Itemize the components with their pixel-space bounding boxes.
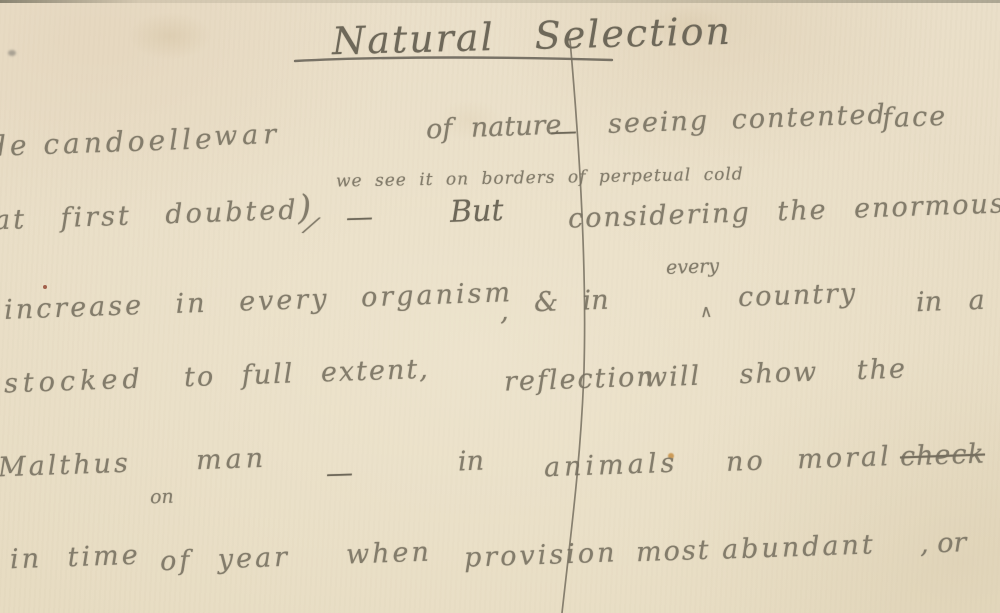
manuscript-word: considering the enormous [568, 188, 1000, 234]
manuscript-word: most [635, 535, 711, 569]
manuscript-word: & in [533, 285, 609, 319]
subscript-insertion: on [150, 486, 174, 509]
manuscript-word: But [449, 193, 504, 230]
manuscript-word: no moral [726, 441, 893, 478]
manuscript-word: of nature [426, 110, 562, 146]
manuscript-word: seeing contented [608, 99, 888, 140]
page-title: Natural Selection [331, 9, 732, 63]
manuscript-word: increase in every organism [4, 277, 514, 326]
manuscript-word: in time [9, 540, 141, 576]
manuscript-word: provision [464, 537, 618, 573]
manuscript-page: Natural Selection de candoelle war of na… [0, 0, 1000, 613]
manuscript-word: in a [915, 285, 985, 318]
caret-mark: ∧ [700, 302, 713, 322]
manuscript-word: abundant [722, 529, 877, 565]
paper-top-edge [0, 0, 1000, 3]
superscript-insertion: every [666, 255, 720, 279]
manuscript-word: war [213, 119, 281, 152]
manuscript-word: stocked [4, 364, 146, 400]
dash-mark: — [345, 202, 373, 234]
manuscript-word: reflection [504, 361, 657, 397]
comma-mark: , [499, 296, 509, 327]
manuscript-word: to full extent, [184, 354, 431, 394]
dash-mark: — [549, 116, 577, 148]
struck-word: check [899, 439, 985, 473]
paper-speck [43, 285, 47, 289]
manuscript-word: of year [159, 542, 290, 578]
manuscript-word: de candoelle [0, 122, 216, 163]
manuscript-word: country [737, 278, 857, 313]
manuscript-word: face [881, 101, 947, 134]
manuscript-word: man [195, 443, 267, 476]
paper-smudge [8, 50, 16, 56]
manuscript-word: will show the [644, 353, 908, 393]
manuscript-word: when [345, 537, 432, 571]
interlinear-insertion: we see it on borders of perpetual cold [336, 164, 744, 191]
manuscript-word: in [457, 446, 484, 478]
manuscript-word: animals [543, 448, 678, 484]
manuscript-word: , or [919, 527, 966, 560]
manuscript-word: Malthus [0, 448, 131, 484]
manuscript-word: at first doubted [0, 195, 299, 237]
dash-mark: — [325, 458, 353, 490]
